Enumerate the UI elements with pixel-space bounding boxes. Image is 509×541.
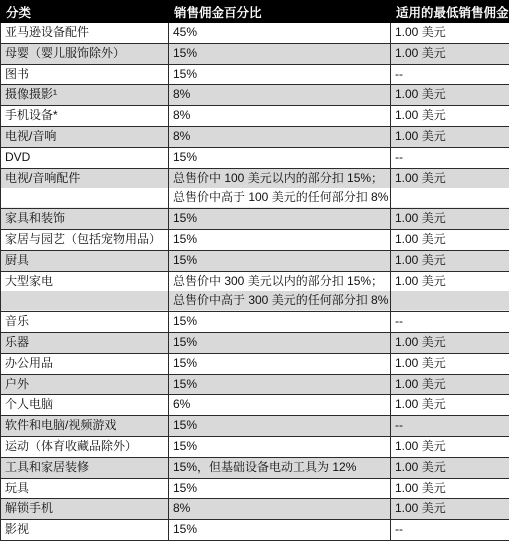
rate-line: 15%	[173, 209, 386, 229]
category-cell: 玩具	[1, 478, 169, 499]
min-fee-cell: --	[391, 64, 509, 85]
column-header-rate: 销售佣金百分比	[169, 1, 391, 23]
rate-cell: 15%	[169, 312, 391, 333]
min-fee-cell: 1.00 美元	[391, 332, 509, 353]
category-cell: 个人电脑	[1, 395, 169, 416]
category-cell: 手机设备*	[1, 106, 169, 127]
category-cell: 乐器	[1, 332, 169, 353]
min-fee-cell: 1.00 美元	[391, 250, 509, 271]
table-row: 户外15%1.00 美元	[1, 374, 509, 395]
min-fee-cell: 1.00 美元	[391, 457, 509, 478]
category-cell: 家具和装饰	[1, 209, 169, 230]
rate-cell: 15%	[169, 43, 391, 64]
rate-cell: 15%	[169, 436, 391, 457]
rate-cell: 8%	[169, 126, 391, 147]
rate-cell: 15%	[169, 332, 391, 353]
category-cell: 音乐	[1, 312, 169, 333]
rate-line: 总售价中高于 300 美元的任何部分扣 8%	[173, 291, 386, 311]
rate-cell: 8%	[169, 106, 391, 127]
rate-line: 15%	[173, 354, 386, 374]
rate-cell: 15%，但基础设备电动工具为 12%	[169, 457, 391, 478]
table-row: 母婴（婴儿服饰除外）15%1.00 美元	[1, 43, 509, 64]
category-cell: 办公用品	[1, 353, 169, 374]
category-cell: 户外	[1, 374, 169, 395]
category-cell: 图书	[1, 64, 169, 85]
rate-line: 15%	[173, 65, 386, 85]
rate-cell: 总售价中 300 美元以内的部分扣 15%；总售价中高于 300 美元的任何部分…	[169, 271, 391, 312]
rate-line: 15%	[173, 312, 386, 332]
category-cell: 摄像摄影¹	[1, 85, 169, 106]
table-row: 乐器15%1.00 美元	[1, 332, 509, 353]
min-fee-cell: 1.00 美元	[391, 168, 509, 209]
table-row: 亚马逊设备配件45%1.00 美元	[1, 23, 509, 44]
table-row: 厨具15%1.00 美元	[1, 250, 509, 271]
category-cell: 母婴（婴儿服饰除外）	[1, 43, 169, 64]
rate-line: 8%	[173, 106, 386, 126]
min-fee-cell: 1.00 美元	[391, 374, 509, 395]
table-row: 玩具15%1.00 美元	[1, 478, 509, 499]
min-fee-cell: --	[391, 520, 509, 541]
rate-cell: 15%	[169, 209, 391, 230]
table-row: 影视15%--	[1, 520, 509, 541]
rate-cell: 15%	[169, 64, 391, 85]
table-row: 摄像摄影¹8%1.00 美元	[1, 85, 509, 106]
table-row: 图书15%--	[1, 64, 509, 85]
column-header-min-fee: 适用的最低销售佣金	[391, 1, 509, 23]
fee-table-header: 分类 销售佣金百分比 适用的最低销售佣金	[1, 1, 509, 23]
rate-cell: 15%	[169, 520, 391, 541]
rate-cell: 6%	[169, 395, 391, 416]
min-fee-cell: 1.00 美元	[391, 126, 509, 147]
min-fee-cell: 1.00 美元	[391, 23, 509, 44]
category-cell: 亚马逊设备配件	[1, 23, 169, 44]
rate-cell: 总售价中 100 美元以内的部分扣 15%；总售价中高于 100 美元的任何部分…	[169, 168, 391, 209]
min-fee-cell: --	[391, 416, 509, 437]
category-cell: 工具和家居装修	[1, 457, 169, 478]
rate-cell: 15%	[169, 416, 391, 437]
rate-line: 8%	[173, 499, 386, 519]
table-row: 软件和电脑/视频游戏15%--	[1, 416, 509, 437]
rate-line: 总售价中 100 美元以内的部分扣 15%；	[173, 169, 386, 189]
header-row: 分类 销售佣金百分比 适用的最低销售佣金	[1, 1, 509, 23]
rate-line: 总售价中 300 美元以内的部分扣 15%；	[173, 272, 386, 292]
table-row: 大型家电总售价中 300 美元以内的部分扣 15%；总售价中高于 300 美元的…	[1, 271, 509, 312]
rate-cell: 15%	[169, 353, 391, 374]
rate-line: 15%	[173, 437, 386, 457]
column-header-category: 分类	[1, 1, 169, 23]
category-cell: 软件和电脑/视频游戏	[1, 416, 169, 437]
min-fee-cell: 1.00 美元	[391, 229, 509, 250]
rate-cell: 15%	[169, 250, 391, 271]
min-fee-cell: 1.00 美元	[391, 478, 509, 499]
min-fee-cell: 1.00 美元	[391, 271, 509, 312]
rate-line: 6%	[173, 395, 386, 415]
rate-line: 15%	[173, 251, 386, 271]
min-fee-cell: --	[391, 312, 509, 333]
min-fee-cell: 1.00 美元	[391, 395, 509, 416]
table-row: 电视/音响8%1.00 美元	[1, 126, 509, 147]
rate-cell: 45%	[169, 23, 391, 44]
category-cell: 影视	[1, 520, 169, 541]
rate-line: 15%	[173, 375, 386, 395]
rate-line: 15%	[173, 416, 386, 436]
min-fee-cell: 1.00 美元	[391, 106, 509, 127]
rate-line: 8%	[173, 127, 386, 147]
table-row: 家具和装饰15%1.00 美元	[1, 209, 509, 230]
rate-line: 15%	[173, 230, 386, 250]
category-cell: 厨具	[1, 250, 169, 271]
rate-cell: 15%	[169, 374, 391, 395]
min-fee-cell: 1.00 美元	[391, 436, 509, 457]
table-row: 音乐15%--	[1, 312, 509, 333]
category-cell: 电视/音响配件	[1, 168, 169, 209]
fee-table-body: 亚马逊设备配件45%1.00 美元母婴（婴儿服饰除外）15%1.00 美元图书1…	[1, 23, 509, 541]
category-cell: 家居与园艺（包括宠物用品）	[1, 229, 169, 250]
fee-table: 分类 销售佣金百分比 适用的最低销售佣金 亚马逊设备配件45%1.00 美元母婴…	[0, 0, 509, 541]
rate-line: 总售价中高于 100 美元的任何部分扣 8%	[173, 188, 386, 208]
rate-cell: 15%	[169, 229, 391, 250]
min-fee-cell: 1.00 美元	[391, 353, 509, 374]
rate-line: 8%	[173, 85, 386, 105]
table-row: 个人电脑6%1.00 美元	[1, 395, 509, 416]
category-cell: DVD	[1, 147, 169, 168]
category-cell: 运动（体育收藏品除外）	[1, 436, 169, 457]
rate-line: 45%	[173, 23, 386, 43]
rate-line: 15%，但基础设备电动工具为 12%	[173, 458, 386, 478]
rate-line: 15%	[173, 44, 386, 64]
table-row: 电视/音响配件总售价中 100 美元以内的部分扣 15%；总售价中高于 100 …	[1, 168, 509, 209]
table-row: 手机设备*8%1.00 美元	[1, 106, 509, 127]
rate-line: 15%	[173, 520, 386, 540]
category-cell: 大型家电	[1, 271, 169, 312]
rate-line: 15%	[173, 148, 386, 168]
min-fee-cell: 1.00 美元	[391, 43, 509, 64]
rate-cell: 15%	[169, 478, 391, 499]
rate-line: 15%	[173, 479, 386, 499]
table-row: 办公用品15%1.00 美元	[1, 353, 509, 374]
rate-cell: 8%	[169, 85, 391, 106]
rate-cell: 15%	[169, 147, 391, 168]
table-row: DVD15%--	[1, 147, 509, 168]
min-fee-cell: --	[391, 147, 509, 168]
rate-line: 15%	[173, 333, 386, 353]
table-row: 家居与园艺（包括宠物用品）15%1.00 美元	[1, 229, 509, 250]
min-fee-cell: 1.00 美元	[391, 85, 509, 106]
table-row: 工具和家居装修15%，但基础设备电动工具为 12%1.00 美元	[1, 457, 509, 478]
table-row: 运动（体育收藏品除外）15%1.00 美元	[1, 436, 509, 457]
category-cell: 电视/音响	[1, 126, 169, 147]
min-fee-cell: 1.00 美元	[391, 209, 509, 230]
